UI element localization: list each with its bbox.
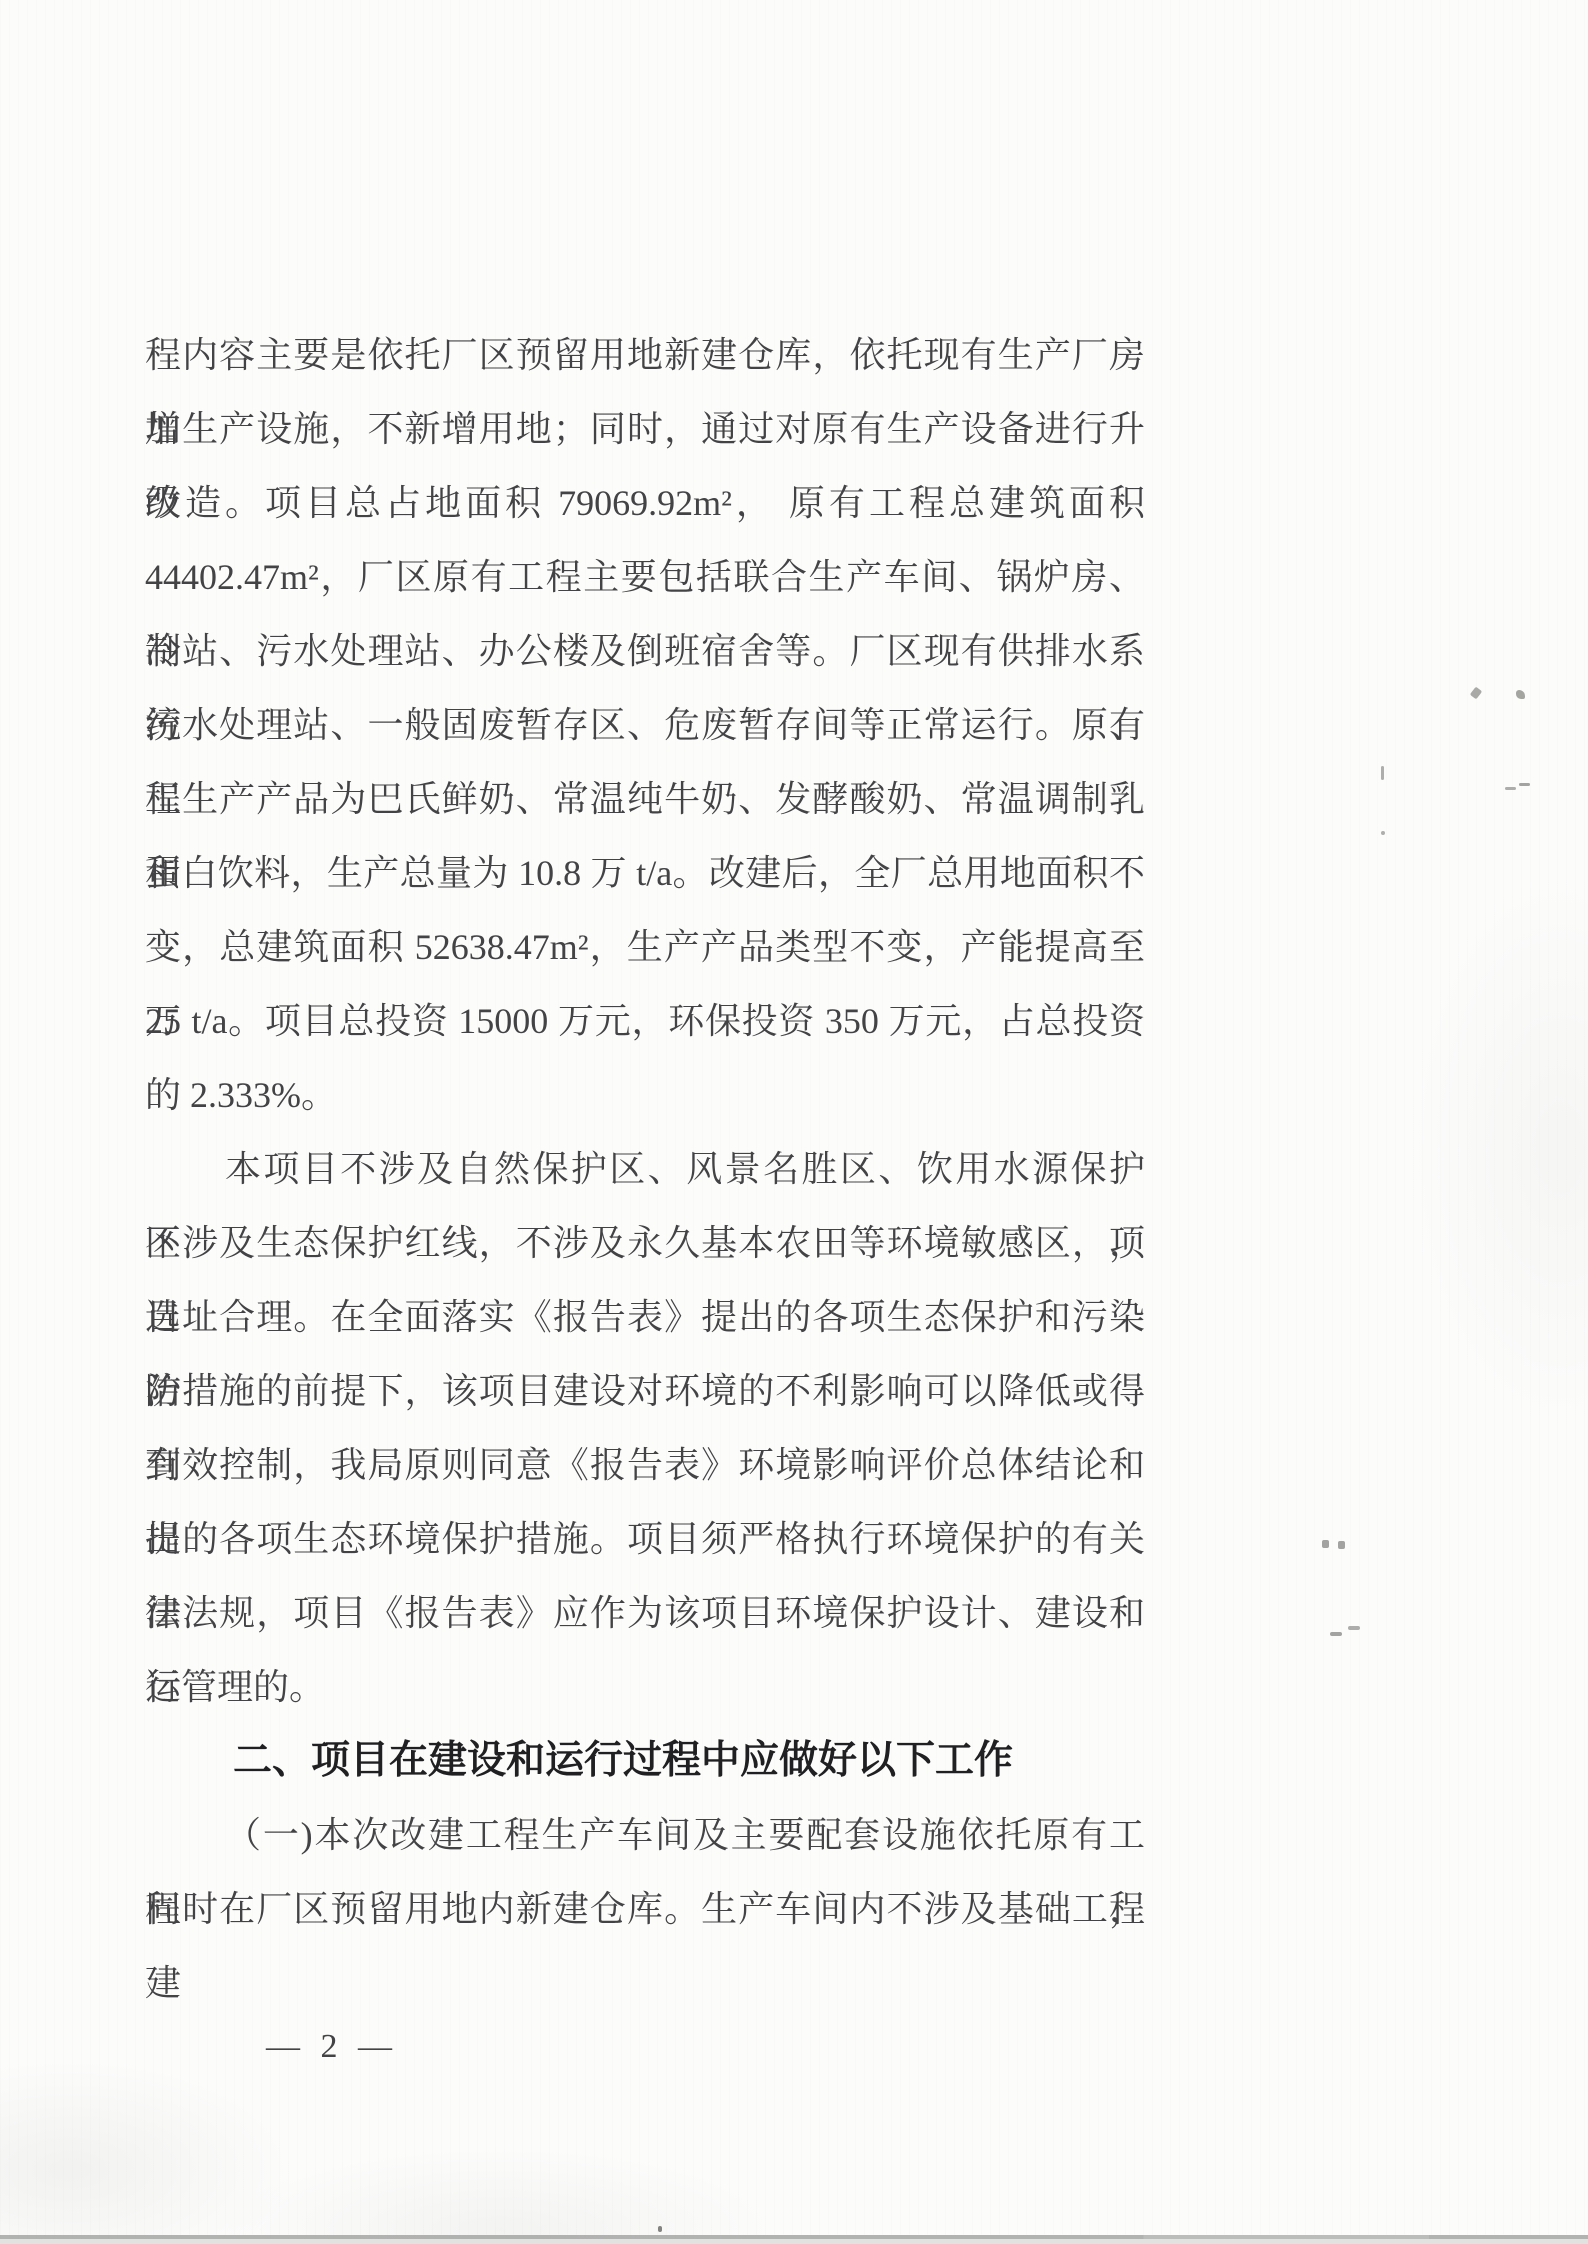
document-page: { "page": { "background_color": "#fcfcfb…	[0, 0, 1588, 2244]
scan-bottom-strip	[0, 2239, 1588, 2244]
text-line: 加生产设施，不新增用地；同时，通过对原有生产设备进行升级	[145, 392, 1145, 466]
scan-speck	[1381, 766, 1384, 780]
section-heading: 二、项目在建设和运行过程中应做好以下工作	[145, 1724, 1145, 1798]
text-line: 万 t/a。项目总投资 15000 万元，环保投资 350 万元，占总投资	[145, 984, 1145, 1058]
text-line: 蛋白饮料，生产总量为 10.8 万 t/a。改建后，全厂总用地面积不	[145, 836, 1145, 910]
scan-bottom-edge	[0, 2235, 1588, 2239]
text-line: 变，总建筑面积 52638.47m²，生产产品类型不变，产能提高至 25	[145, 910, 1145, 984]
text-line: 的 2.333%。	[145, 1058, 1145, 1132]
text-line: 本项目不涉及自然保护区、风景名胜区、饮用水源保护区，	[145, 1132, 1145, 1206]
text-line: 污水处理站、一般固废暂存区、危废暂存间等正常运行。原有工	[145, 688, 1145, 762]
document-body: 程内容主要是依托厂区预留用地新建仓库，依托现有生产厂房增加生产设施，不新增用地；…	[145, 318, 1145, 1946]
scan-speck	[1516, 690, 1525, 699]
text-line: 律法规，项目《报告表》应作为该项目环境保护设计、建设和运	[145, 1576, 1145, 1650]
text-line: 治措施的前提下，该项目建设对环境的不利影响可以降低或得到	[145, 1354, 1145, 1428]
text-line: 选址合理。在全面落实《报告表》提出的各项生态保护和污染防	[145, 1280, 1145, 1354]
scan-speck	[1330, 1632, 1342, 1636]
scan-speck	[1470, 687, 1482, 700]
text-line: 改造。项目总占地面积 79069.92m²， 原有工程总建筑面积	[145, 466, 1145, 540]
text-line: 同时在厂区预留用地内新建仓库。生产车间内不涉及基础工程建	[145, 1872, 1145, 1946]
text-line: 冷站、污水处理站、办公楼及倒班宿舍等。厂区现有供排水系统、	[145, 614, 1145, 688]
text-line: 44402.47m²，厂区原有工程主要包括联合生产车间、锅炉房、制	[145, 540, 1145, 614]
scan-speck	[1381, 831, 1385, 835]
text-line: 不涉及生态保护红线，不涉及永久基本农田等环境敏感区，项目	[145, 1206, 1145, 1280]
scan-speck	[658, 2226, 662, 2232]
text-line: 程内容主要是依托厂区预留用地新建仓库，依托现有生产厂房增	[145, 318, 1145, 392]
text-line: 出的各项生态环境保护措施。项目须严格执行环境保护的有关法	[145, 1502, 1145, 1576]
text-line: 有效控制，我局原则同意《报告表》环境影响评价总体结论和提	[145, 1428, 1145, 1502]
scan-speck	[1519, 783, 1530, 786]
page-number: — 2 —	[252, 2028, 412, 2066]
text-line: 程生产产品为巴氏鲜奶、常温纯牛奶、发酵酸奶、常温调制乳和	[145, 762, 1145, 836]
text-line: 行管理的。	[145, 1650, 1145, 1724]
scan-speck	[1322, 1540, 1329, 1548]
text-line: （一)本次改建工程生产车间及主要配套设施依托原有工程，	[145, 1798, 1145, 1872]
